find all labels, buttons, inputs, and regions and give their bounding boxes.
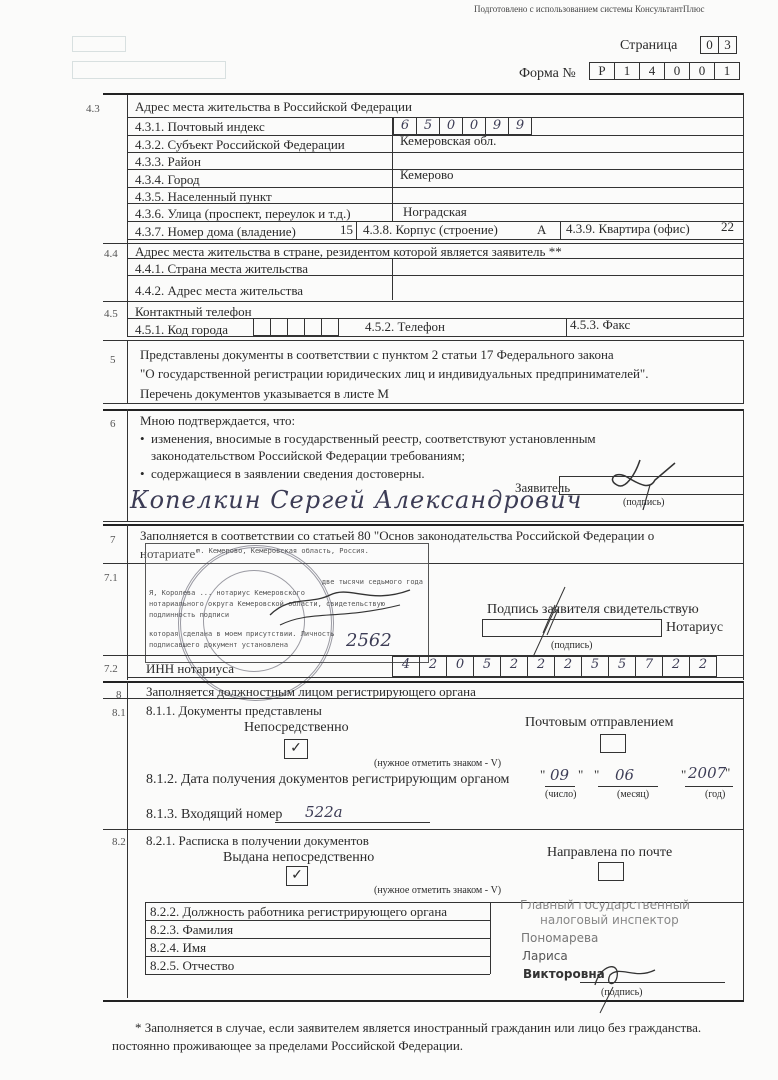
digit-cell: 2: [419, 656, 447, 677]
option-direct-label: Непосредственно: [244, 721, 349, 735]
position-value-line2: налоговый инспектор: [540, 913, 679, 927]
digit-cell: 2: [527, 656, 555, 677]
digit-cell: [253, 318, 271, 336]
digit-cell: 4: [392, 656, 420, 677]
digit-cell: 0: [700, 36, 719, 54]
ghost-box: [72, 61, 226, 79]
section-title: Контактный телефон: [135, 305, 252, 318]
street-value[interactable]: Ноградская: [403, 205, 467, 218]
confirm-bullet-1-cont: законодательством Российской Федерации т…: [151, 449, 465, 462]
section-5-line3: Перечень документов указывается в листе …: [140, 387, 389, 400]
section-number: 4.4: [104, 248, 118, 260]
digit-cell: 4: [639, 62, 665, 80]
applicant-signature-icon: [595, 455, 685, 515]
year-caption: (год): [705, 789, 725, 800]
digit-cell: 2: [689, 656, 717, 677]
surname-label: 8.2.3. Фамилия: [150, 923, 233, 936]
section-number: 4.3: [86, 103, 100, 115]
receipt-label: 8.2.1. Расписка в получении документов: [146, 834, 369, 847]
name-value: Лариса: [522, 949, 568, 963]
building-label: 4.3.8. Корпус (строение): [363, 223, 498, 236]
footnote-line1: * Заполняется в случае, если заявителем …: [135, 1021, 762, 1034]
page-label: Страница: [620, 39, 677, 53]
ghost-box: [72, 36, 126, 52]
digit-cell: 2: [662, 656, 690, 677]
digit-cell: 2: [500, 656, 528, 677]
locality-label: 4.3.5. Населенный пункт: [135, 190, 272, 203]
receipt-mail-checkbox[interactable]: [598, 862, 624, 881]
digit-cell: [304, 318, 322, 336]
house-value[interactable]: 15: [340, 223, 353, 236]
section-number: 8: [116, 689, 122, 701]
section-number: 7.1: [104, 572, 118, 584]
date-label: 8.1.2. Дата получения документов регистр…: [146, 773, 509, 787]
fax-label: 4.5.3. Факс: [570, 318, 630, 331]
certify-label: Подпись заявителя свидетельствую: [487, 603, 699, 617]
prepared-note: Подготовлено с использованием системы Ко…: [474, 4, 705, 14]
digit-cell: 2: [554, 656, 582, 677]
incoming-label: 8.1.3. Входящий номер: [146, 808, 282, 822]
mark-hint: (нужное отметить знаком - V): [374, 885, 501, 896]
footnote-line2: постоянно проживающее за пределами Росси…: [112, 1039, 463, 1052]
digit-cell: [287, 318, 305, 336]
notary-label: Нотариус: [666, 621, 723, 635]
digit-cell: 7: [635, 656, 663, 677]
postal-code-label: 4.3.1. Почтовый индекс: [135, 120, 265, 133]
section-number: 4.5: [104, 308, 118, 320]
receipt-mail-label: Направлена по почте: [547, 846, 672, 860]
month-caption: (месяц): [617, 789, 649, 800]
mark-hint: (нужное отметить знаком - V): [374, 758, 501, 769]
date-year-value[interactable]: 2007: [688, 764, 726, 782]
section-number: 6: [110, 418, 116, 430]
option-mail-label: Почтовым отправлением: [525, 716, 673, 730]
city-label: 4.3.4. Город: [135, 173, 200, 186]
date-month-value[interactable]: 06: [615, 766, 634, 784]
section-number: 8.1: [112, 707, 126, 719]
officer-signature-icon: [575, 955, 675, 1015]
digit-cell: 1: [614, 62, 640, 80]
applicant-signature-stroke-icon: [525, 585, 575, 660]
position-value-line1: Главный государственный: [520, 898, 690, 912]
section-number: 5: [110, 354, 116, 366]
digit-cell: 5: [608, 656, 636, 677]
digit-cell: 5: [581, 656, 609, 677]
digit-cell: 9: [508, 117, 532, 135]
handwritten-applicant-name: Копелкин Сергей Александрович: [130, 486, 582, 514]
section-8-title: Заполняется должностным лицом регистриру…: [146, 685, 476, 698]
digit-cell: 5: [473, 656, 501, 677]
digit-cell: Р: [589, 62, 615, 80]
subject-value[interactable]: Кемеровская обл.: [400, 134, 496, 147]
building-value[interactable]: А: [537, 223, 546, 236]
day-caption: (число): [545, 789, 576, 800]
apartment-label: 4.3.9. Квартира (офис): [566, 222, 690, 235]
digit-cell: [270, 318, 288, 336]
position-label: 8.2.2. Должность работника регистрирующе…: [150, 905, 447, 918]
apartment-value[interactable]: 22: [721, 220, 734, 233]
patronymic-label: 8.2.5. Отчество: [150, 959, 234, 972]
section-number: 7.2: [104, 663, 118, 675]
confirm-bullet-1: изменения, вносимые в государственный ре…: [151, 432, 741, 445]
city-code-label: 4.5.1. Код города: [135, 323, 228, 336]
date-day-value[interactable]: 09: [550, 766, 569, 784]
incoming-value[interactable]: 522а: [305, 803, 343, 821]
section-number: 7: [110, 534, 116, 546]
form-label: Форма №: [519, 67, 576, 81]
receipt-direct-label: Выдана непосредственно: [223, 851, 374, 865]
section-number: 8.2: [112, 836, 126, 848]
phone-label: 4.5.2. Телефон: [365, 320, 445, 333]
name-label: 8.2.4. Имя: [150, 941, 206, 954]
mail-checkbox[interactable]: [600, 734, 626, 753]
digit-cell: 0: [689, 62, 715, 80]
country-label: 4.4.1. Страна места жительства: [135, 262, 308, 275]
section-5-line2: "О государственной регистрации юридическ…: [140, 367, 649, 380]
house-label: 4.3.7. Номер дома (владение): [135, 225, 296, 238]
city-value[interactable]: Кемерово: [400, 168, 454, 181]
direct-checkbox[interactable]: ✓: [284, 739, 308, 759]
digit-cell: 0: [446, 656, 474, 677]
street-label: 4.3.6. Улица (проспект, переулок и т.д.): [135, 207, 351, 220]
submitted-label: 8.1.1. Документы представлены: [146, 704, 322, 717]
section-title: Адрес места жительства в стране, резиден…: [135, 245, 562, 258]
section-title: Адрес места жительства в Российской Феде…: [135, 100, 412, 113]
digit-cell: [321, 318, 339, 336]
inn-label: ИНН нотариуса: [146, 662, 234, 675]
confirm-intro: Мною подтверждается, что:: [140, 414, 295, 427]
digit-cell: 1: [714, 62, 740, 80]
confirm-bullet-2: содержащиеся в заявлении сведения достов…: [151, 467, 425, 480]
surname-value: Пономарева: [521, 931, 598, 945]
digit-cell: 3: [718, 36, 737, 54]
digit-cell: 0: [664, 62, 690, 80]
section-5-line1: Представлены документы в соответствии с …: [140, 348, 614, 361]
district-label: 4.3.3. Район: [135, 155, 201, 168]
section-7-line1: Заполняется в соответствии со статьей 80…: [140, 529, 740, 542]
subject-label: 4.3.2. Субъект Российской Федерации: [135, 138, 345, 151]
notary-signature-icon: [260, 575, 420, 635]
receipt-direct-checkbox[interactable]: ✓: [286, 866, 308, 886]
foreign-address-label: 4.4.2. Адрес места жительства: [135, 284, 303, 297]
